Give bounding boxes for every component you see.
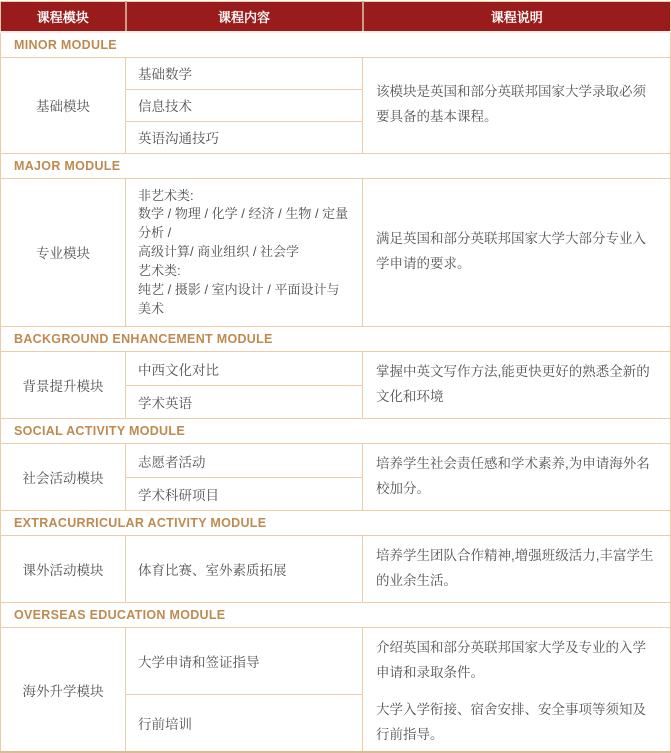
content-cell: 志愿者活动	[126, 444, 363, 477]
content-line: 纯艺 / 摄影 / 室内设计 / 平面设计与美术	[138, 281, 350, 319]
description-cell: 满足英国和部分英联邦国家大学大部分专业入学申请的要求。	[363, 178, 671, 327]
header-cell-content: 课程内容	[126, 2, 363, 33]
content-cell: 行前培训	[126, 695, 363, 753]
description-cell: 培养学生团队合作精神,增强班级活力,丰富学生的业余生活。	[363, 536, 671, 603]
table-row: 课外活动模块 体育比赛、室外素质拓展 培养学生团队合作精神,增强班级活力,丰富学…	[1, 536, 671, 603]
content-cell: 非艺术类: 数学 / 物理 / 化学 / 经济 / 生物 / 定量分析 / 高级…	[126, 178, 363, 327]
header-cell-description: 课程说明	[363, 2, 671, 33]
content-line: 艺术类:	[138, 262, 350, 281]
table-row: 背景提升模块 中西文化对比 掌握中英文写作方法,能更快更好的熟悉全新的文化和环境	[1, 352, 671, 385]
section-row-social: SOCIAL ACTIVITY MODULE	[1, 419, 671, 444]
content-line: 高级计算/ 商业组织 / 社会学	[138, 243, 350, 262]
section-row-background: BACKGROUND ENHANCEMENT MODULE	[1, 327, 671, 352]
table-row: 基础模块 基础数学 该模块是英国和部分英联邦国家大学录取必须要具备的基本课程。	[1, 57, 671, 89]
page: 课程模块 课程内容 课程说明 MINOR MODULE 基础模块 基础数学 该模…	[0, 0, 671, 708]
content-cell: 学术英语	[126, 385, 363, 418]
section-title-overseas: OVERSEAS EDUCATION MODULE	[1, 603, 671, 628]
section-title-social: SOCIAL ACTIVITY MODULE	[1, 419, 671, 444]
table-row: 海外升学模块 大学申请和签证指导 介绍英国和部分英联邦国家大学及专业的入学申请和…	[1, 628, 671, 695]
module-cell-background: 背景提升模块	[1, 352, 126, 419]
description-cell: 该模块是英国和部分英联邦国家大学录取必须要具备的基本课程。	[363, 57, 671, 153]
section-row-extracurricular: EXTRACURRICULAR ACTIVITY MODULE	[1, 511, 671, 536]
description-cell: 培养学生社会责任感和学术素养,为申请海外名校加分。	[363, 444, 671, 511]
table-header-row: 课程模块 课程内容 课程说明	[1, 2, 671, 33]
content-cell: 基础数学	[126, 57, 363, 89]
content-cell: 体育比赛、室外素质拓展	[126, 536, 363, 603]
section-row-major: MAJOR MODULE	[1, 153, 671, 178]
description-cell: 掌握中英文写作方法,能更快更好的熟悉全新的文化和环境	[363, 352, 671, 419]
table-row: 社会活动模块 志愿者活动 培养学生社会责任感和学术素养,为申请海外名校加分。	[1, 444, 671, 477]
module-cell-overseas: 海外升学模块	[1, 628, 126, 753]
header-cell-module: 课程模块	[1, 2, 126, 33]
content-cell: 学术科研项目	[126, 477, 363, 510]
content-line: 非艺术类:	[138, 187, 350, 206]
content-line: 数学 / 物理 / 化学 / 经济 / 生物 / 定量分析 /	[138, 205, 350, 243]
content-cell: 英语沟通技巧	[126, 121, 363, 153]
section-title-extracurricular: EXTRACURRICULAR ACTIVITY MODULE	[1, 511, 671, 536]
description-paragraph: 介绍英国和部分英联邦国家大学及专业的入学申请和录取条件。	[376, 628, 657, 694]
section-row-overseas: OVERSEAS EDUCATION MODULE	[1, 603, 671, 628]
section-title-background: BACKGROUND ENHANCEMENT MODULE	[1, 327, 671, 352]
content-cell: 中西文化对比	[126, 352, 363, 385]
section-title-major: MAJOR MODULE	[1, 153, 671, 178]
module-cell-extracurricular: 课外活动模块	[1, 536, 126, 603]
section-row-minor: MINOR MODULE	[1, 32, 671, 57]
module-cell-major: 专业模块	[1, 178, 126, 327]
table-row: 专业模块 非艺术类: 数学 / 物理 / 化学 / 经济 / 生物 / 定量分析…	[1, 178, 671, 327]
content-cell: 信息技术	[126, 89, 363, 121]
content-cell: 大学申请和签证指导	[126, 628, 363, 695]
course-module-table: 课程模块 课程内容 课程说明 MINOR MODULE 基础模块 基础数学 该模…	[0, 1, 671, 753]
module-cell-social: 社会活动模块	[1, 444, 126, 511]
section-title-minor: MINOR MODULE	[1, 32, 671, 57]
description-paragraph: 大学入学衔接、宿舍安排、安全事项等须知及行前指导。	[376, 694, 657, 751]
module-cell-foundation: 基础模块	[1, 57, 126, 153]
description-cell: 介绍英国和部分英联邦国家大学及专业的入学申请和录取条件。 大学入学衔接、宿舍安排…	[363, 628, 671, 753]
